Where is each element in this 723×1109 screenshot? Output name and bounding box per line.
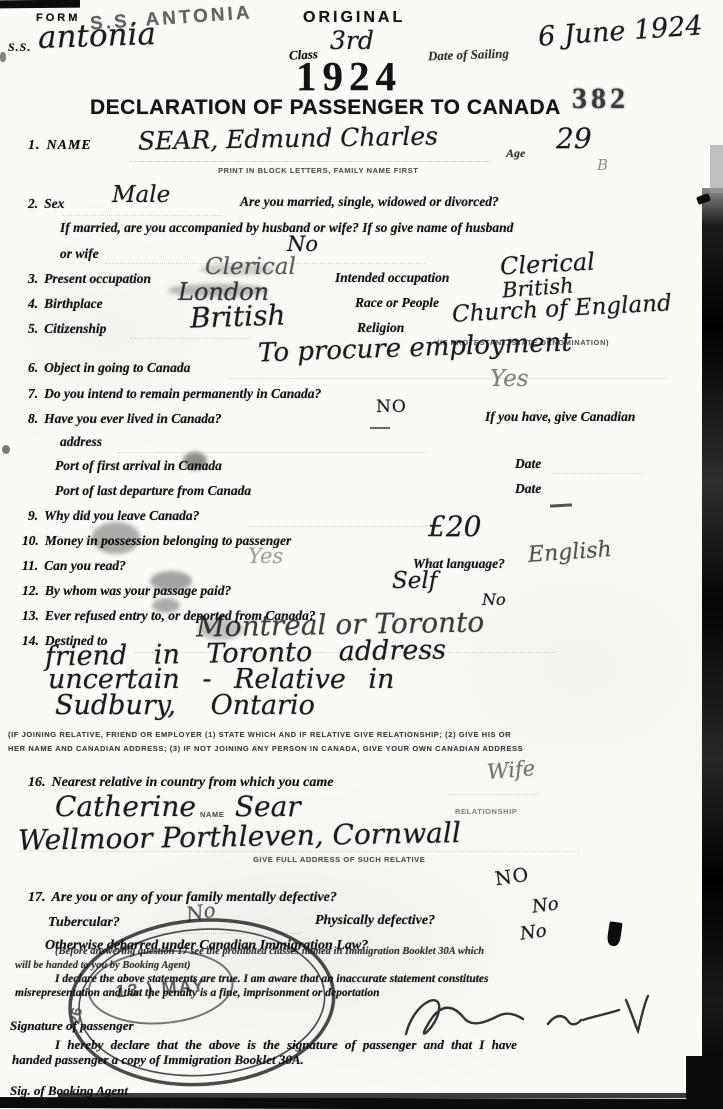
q4-race-label: Race or People bbox=[355, 295, 439, 311]
ink-blot-money bbox=[92, 522, 140, 554]
q1-note: PRINT IN BLOCK LETTERS, FAMILY NAME FIRS… bbox=[218, 166, 418, 175]
age-value-handwritten: 29 bbox=[556, 122, 592, 155]
booking-agent-signature-label: Sig. of Booking Agent bbox=[10, 1083, 128, 1099]
form-title: DECLARATION OF PASSENGER TO CANADA bbox=[90, 96, 561, 120]
q2-sex-handwritten: Male bbox=[112, 182, 170, 208]
ink-smudge-occupation bbox=[200, 264, 275, 275]
joining-note-line1: (IF JOINING RELATIVE, FRIEND OR EMPLOYER… bbox=[8, 730, 511, 739]
q16-relative-name-handwritten: Catherine Sear bbox=[55, 790, 301, 823]
physical-answer-handwritten: No bbox=[531, 893, 560, 917]
q2-or-wife-label: or wife bbox=[60, 246, 99, 262]
q8-answer-handwritten: NO bbox=[376, 397, 407, 417]
q17-label: 17.Are you or any of your family mentall… bbox=[28, 890, 337, 906]
q11-label: 11.Can you read? bbox=[22, 558, 126, 574]
ink-smudge-birthplace bbox=[168, 284, 268, 297]
q16-relationship-handwritten: Wife bbox=[486, 756, 536, 784]
q6-leader bbox=[228, 377, 668, 379]
q1-label: 1.NAME bbox=[28, 138, 92, 154]
scan-artifact-left-speck2 bbox=[2, 445, 10, 454]
booking-agent-leader bbox=[140, 1096, 430, 1098]
q13-answer-handwritten: No bbox=[482, 590, 506, 609]
stamp-date-text: 13 ) MAY bbox=[115, 975, 207, 1001]
q7-label: 7.Do you intend to remain permanently in… bbox=[28, 386, 321, 402]
signature-label: Signature of passenger bbox=[10, 1018, 134, 1034]
q6-label: 6.Object in going to Canada bbox=[28, 360, 190, 376]
q3-intended-label: Intended occupation bbox=[335, 270, 449, 286]
q16-name-label: NAME bbox=[200, 810, 224, 819]
q8-address-leader bbox=[118, 451, 428, 453]
q5-leader bbox=[130, 337, 250, 339]
stray-dash-q9 bbox=[550, 503, 572, 507]
q8-address-label: address bbox=[60, 434, 102, 450]
ss-label: S.S. bbox=[8, 40, 31, 55]
port-arrival-date-label: Date bbox=[515, 456, 541, 472]
q16-relationship-label: RELATIONSHIP bbox=[455, 807, 517, 816]
q3-label: 3.Present occupation bbox=[28, 271, 151, 287]
agent-declaration-line2: handed passenger a copy of Immigration B… bbox=[12, 1052, 304, 1068]
q6-object-handwritten: To procure employment bbox=[258, 328, 573, 369]
ink-smudge-montreal bbox=[198, 618, 243, 640]
q8-answer-underline bbox=[370, 427, 390, 429]
scan-artifact-left-speck bbox=[0, 52, 6, 62]
q5-citizenship-handwritten: British bbox=[189, 298, 286, 334]
q8-note: If you have, give Canadian bbox=[485, 409, 635, 425]
scan-artifact-top-left bbox=[0, 0, 80, 8]
ink-blot-q13 bbox=[152, 598, 180, 613]
scanned-declaration-form: FORM S.S. ANTONIA ORIGINAL S.S. antonia … bbox=[0, 0, 723, 1109]
q5-religion-handwritten: Church of England bbox=[451, 290, 672, 327]
q2-label: 2.Sex bbox=[28, 196, 64, 212]
port-departure-date-label: Date bbox=[515, 481, 541, 497]
q16-label: 16.Nearest relative in country from whic… bbox=[28, 775, 333, 791]
agent-declaration-line1: I hereby declare that the above is the s… bbox=[55, 1037, 517, 1053]
sailing-date-label: Date of Sailing bbox=[428, 46, 509, 65]
q7-answer-handwritten: Yes bbox=[490, 366, 529, 392]
q9-leader bbox=[248, 525, 428, 527]
q5-label: 5.Citizenship bbox=[28, 321, 106, 337]
pencil-mark-b: B bbox=[597, 156, 608, 174]
ss-value-handwritten: antonia bbox=[37, 16, 156, 56]
debarred-answer-handwritten: No bbox=[519, 920, 548, 944]
q10-money-handwritten: £20 bbox=[428, 510, 481, 543]
q12-answer-handwritten: Self bbox=[392, 568, 437, 594]
q11-language-handwritten: English bbox=[527, 537, 612, 568]
q16-leader bbox=[448, 793, 538, 795]
age-label: Age bbox=[506, 146, 525, 161]
sailing-date-value-handwritten: 6 June 1924 bbox=[537, 10, 703, 52]
serial-number-stamp: 382 bbox=[572, 82, 629, 116]
q8-label: 8.Have you ever lived in Canada? bbox=[28, 411, 221, 427]
original-label: ORIGINAL bbox=[303, 9, 405, 27]
scan-artifact-right-strip-top bbox=[710, 145, 723, 193]
ink-blot-passage bbox=[150, 571, 192, 591]
q2-or-wife-value-handwritten: No bbox=[287, 232, 318, 256]
class-value-handwritten: 3rd bbox=[330, 26, 374, 55]
ink-blot-arrival bbox=[183, 452, 207, 470]
form-year: 1924 bbox=[296, 52, 402, 100]
q11-answer-handwritten: Yes bbox=[248, 544, 283, 568]
joining-note-line2: HER NAME AND CANADIAN ADDRESS; (3) IF NO… bbox=[8, 744, 523, 753]
q2-leader bbox=[62, 214, 222, 216]
scan-artifact-right-strip bbox=[702, 188, 723, 1109]
q4-label: 4.Birthplace bbox=[28, 296, 103, 312]
q2-marital-question: Are you married, single, widowed or divo… bbox=[240, 194, 499, 210]
q17-answer-handwritten: NO bbox=[494, 864, 531, 891]
q12-label: 12.By whom was your passage paid? bbox=[22, 583, 231, 599]
q16-address-leader bbox=[20, 850, 580, 852]
q16-address-note: GIVE FULL ADDRESS OF SUCH RELATIVE bbox=[253, 855, 425, 864]
port-departure-label: Port of last departure from Canada bbox=[55, 483, 251, 499]
stray-ink-flag bbox=[606, 921, 622, 947]
q14-extra-line3-handwritten: Sudbury, Ontario bbox=[55, 690, 315, 721]
oval-date-stamp: 13 ) MAY 26 bbox=[56, 902, 358, 1107]
arrival-date-leader bbox=[552, 472, 642, 474]
q1-name-handwritten: SEAR, Edmund Charles bbox=[138, 121, 438, 155]
q1-leader bbox=[130, 160, 490, 162]
